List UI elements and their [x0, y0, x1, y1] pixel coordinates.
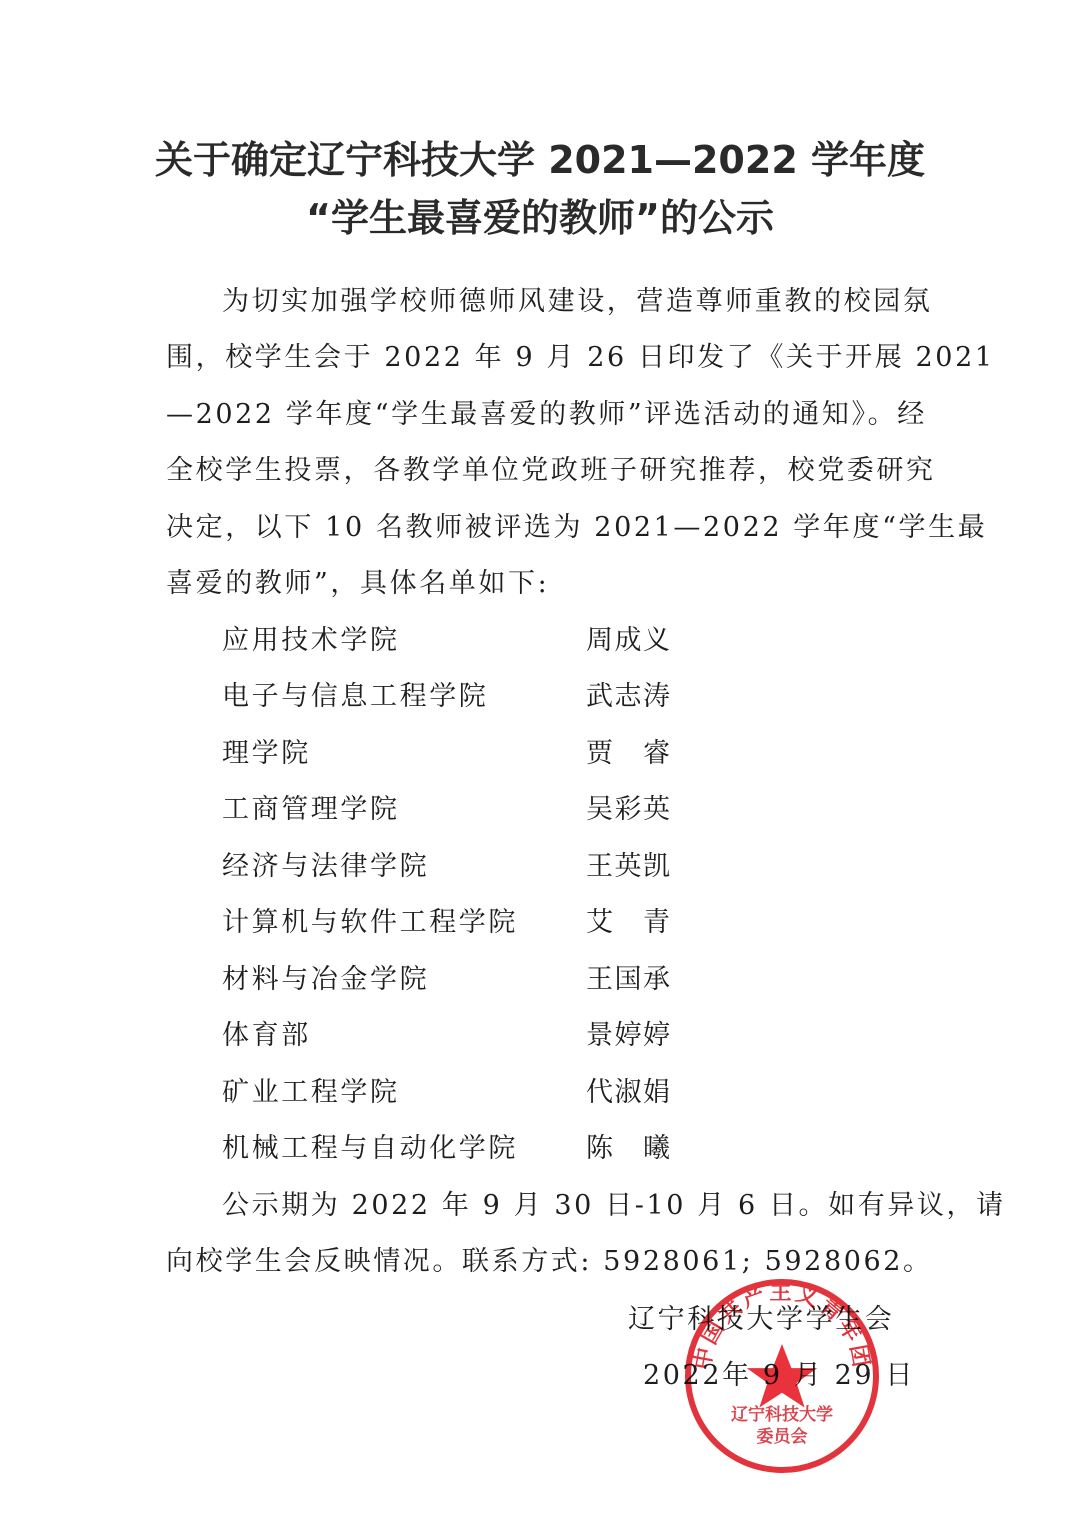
teacher-list-row: 矿业工程学院 代淑娟	[222, 1075, 682, 1111]
intro-paragraph-line: 全校学生投票，各教学单位党政班子研究推荐，校党委研究	[166, 453, 926, 489]
document-title-line-2: “学生最喜爱的教师”的公示	[0, 194, 1080, 242]
college-name: 经济与法律学院	[222, 849, 429, 885]
teacher-name: 吴彩英	[586, 792, 670, 828]
college-name: 应用技术学院	[222, 623, 400, 659]
teacher-name: 艾 青	[586, 905, 670, 941]
seal-center-text-line-2: 委员会	[682, 1426, 882, 1448]
teacher-name: 武志涛	[586, 679, 670, 715]
college-name: 计算机与软件工程学院	[222, 905, 518, 941]
teacher-name: 王国承	[586, 962, 670, 998]
document-page: 关于确定辽宁科技大学 2021—2022 学年度 “学生最喜爱的教师”的公示 为…	[0, 0, 1080, 1527]
college-name: 工商管理学院	[222, 792, 400, 828]
college-name: 矿业工程学院	[222, 1075, 400, 1111]
intro-paragraph-line: 决定，以下 10 名教师被评选为 2021—2022 学年度“学生最	[166, 510, 926, 546]
teacher-list-row: 经济与法律学院 王英凯	[222, 849, 682, 885]
teacher-name: 景婷婷	[586, 1018, 670, 1054]
teacher-name: 周成义	[586, 623, 670, 659]
intro-paragraph-line: 为切实加强学校师德师风建设，营造尊师重教的校园氛	[222, 284, 982, 320]
teacher-list-row: 机械工程与自动化学院 陈 曦	[222, 1131, 682, 1167]
seal-center-text-line-1: 辽宁科技大学	[682, 1404, 882, 1426]
teacher-name: 王英凯	[586, 849, 670, 885]
closing-paragraph-line: 公示期为 2022 年 9 月 30 日-10 月 6 日。如有异议，请	[222, 1188, 982, 1224]
college-name: 材料与冶金学院	[222, 962, 429, 998]
teacher-list-row: 工商管理学院 吴彩英	[222, 792, 682, 828]
college-name: 机械工程与自动化学院	[222, 1131, 518, 1167]
intro-paragraph-line: —2022 学年度“学生最喜爱的教师”评选活动的通知》。经	[166, 397, 926, 433]
teacher-list-row: 电子与信息工程学院 武志涛	[222, 679, 682, 715]
intro-paragraph-line: 围，校学生会于 2022 年 9 月 26 日印发了《关于开展 2021	[166, 340, 926, 376]
teacher-list-row: 体育部 景婷婷	[222, 1018, 682, 1054]
teacher-list-row: 材料与冶金学院 王国承	[222, 962, 682, 998]
official-seal-stamp: 中国共产主义青年团 辽宁科技大学 委员会	[682, 1276, 882, 1476]
teacher-list-row: 计算机与软件工程学院 艾 青	[222, 905, 682, 941]
intro-paragraph-line: 喜爱的教师”，具体名单如下:	[166, 566, 926, 602]
closing-paragraph-line: 向校学生会反映情况。联系方式: 5928061; 5928062。	[166, 1244, 926, 1280]
teacher-name: 陈 曦	[586, 1131, 670, 1167]
college-name: 理学院	[222, 736, 311, 772]
teacher-list-row: 应用技术学院 周成义	[222, 623, 682, 659]
college-name: 电子与信息工程学院	[222, 679, 488, 715]
teacher-list-row: 理学院 贾 睿	[222, 736, 682, 772]
teacher-name: 贾 睿	[586, 736, 670, 772]
college-name: 体育部	[222, 1018, 311, 1054]
document-title-line-1: 关于确定辽宁科技大学 2021—2022 学年度	[0, 136, 1080, 184]
teacher-name: 代淑娟	[586, 1075, 670, 1111]
